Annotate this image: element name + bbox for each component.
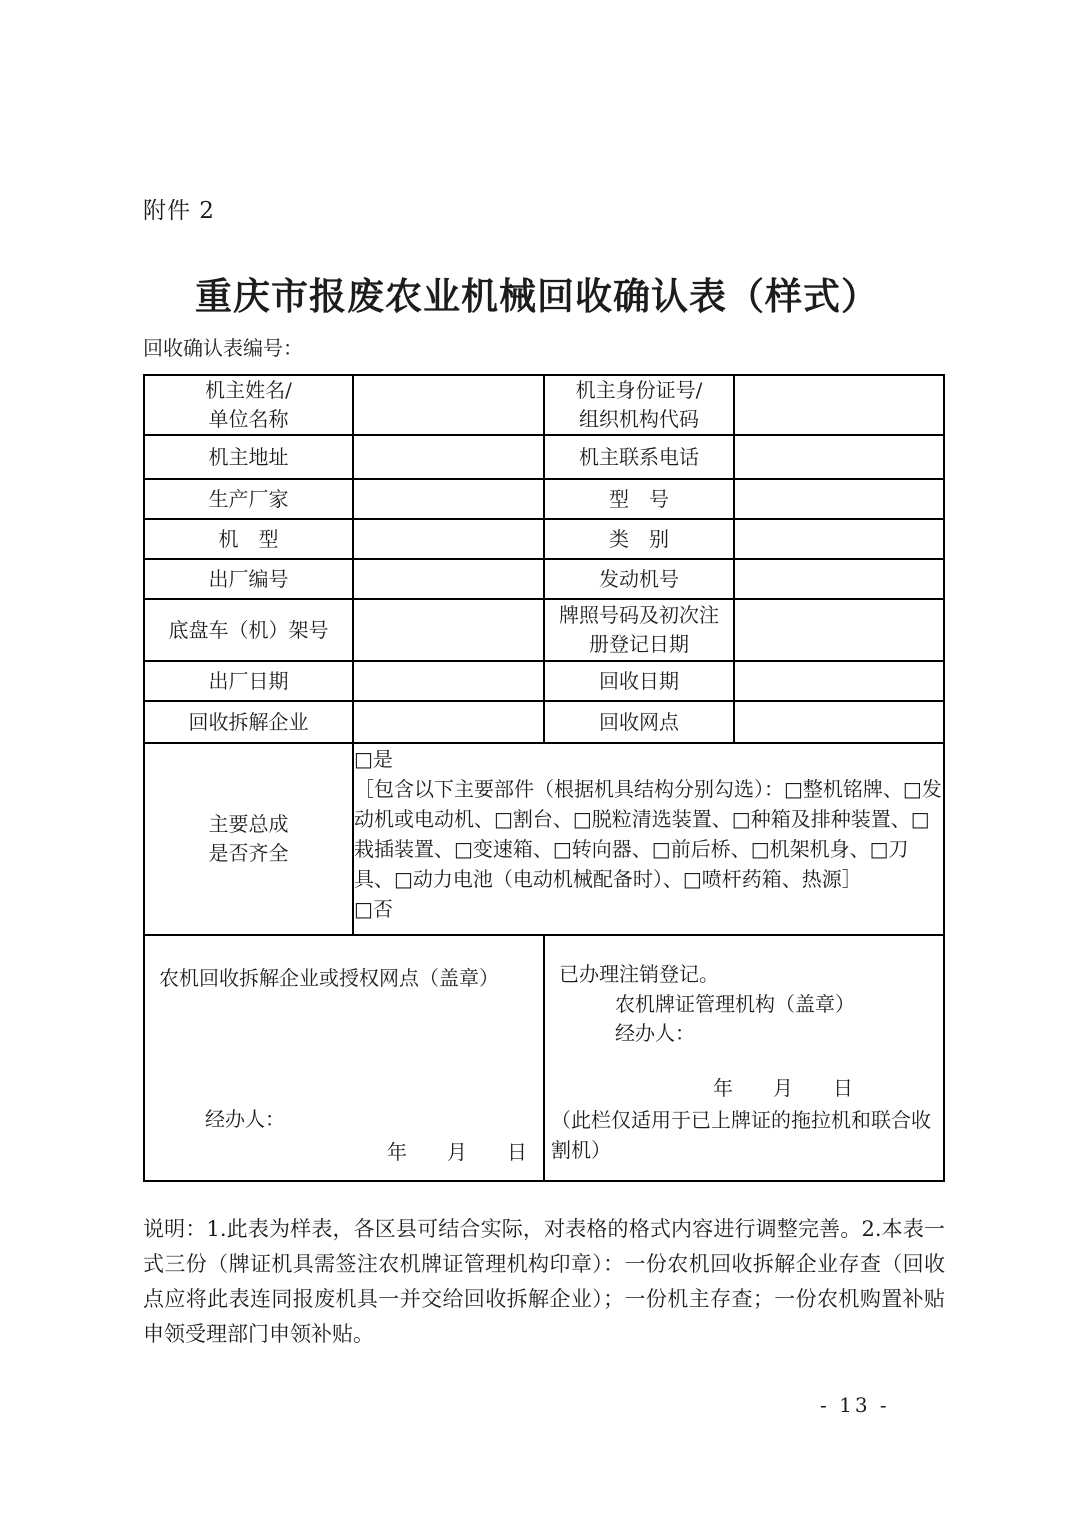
field-value-owner-name bbox=[353, 375, 544, 435]
field-value-manufacturer bbox=[353, 479, 544, 519]
field-value-chassis-number bbox=[353, 599, 544, 661]
page-title: 重庆市报废农业机械回收确认表（样式） bbox=[0, 266, 1074, 320]
checkbox-option-no: □否 bbox=[354, 894, 943, 924]
confirmation-table: 机主姓名/ 单位名称 机主身份证号/ 组织机构代码 机主地址 机主联系电话 生产… bbox=[143, 374, 945, 1182]
page-number: - 13 - bbox=[820, 1393, 890, 1417]
field-value-machine-type bbox=[353, 519, 544, 559]
authority-handler-label: 经办人： bbox=[615, 1019, 943, 1048]
table-row-signatures: 农机回收拆解企业或授权网点（盖章） 经办人： 年 月 日 已办理注销登记。 农机… bbox=[144, 935, 944, 1181]
field-value-recycle-site bbox=[734, 701, 944, 743]
authority-applicability-note: （此栏仅适用于已上牌证的拖拉机和联合收割机） bbox=[551, 1105, 931, 1165]
field-value-category bbox=[734, 519, 944, 559]
authority-date-line: 年 月 日 bbox=[713, 1074, 943, 1103]
dismantler-date-line: 年 月 日 bbox=[145, 1136, 527, 1165]
signature-cell-dismantler: 农机回收拆解企业或授权网点（盖章） 经办人： 年 月 日 bbox=[144, 935, 544, 1181]
table-row-chassis-number: 底盘车（机）架号 牌照号码及初次注 册登记日期 bbox=[144, 599, 944, 661]
field-label-recycle-site: 回收网点 bbox=[544, 701, 734, 743]
field-label-owner-name: 机主姓名/ 单位名称 bbox=[144, 375, 353, 435]
field-value-owner-id bbox=[734, 375, 944, 435]
table-row-owner-address: 机主地址 机主联系电话 bbox=[144, 435, 944, 479]
field-value-recycle-date bbox=[734, 661, 944, 701]
field-label-machine-type: 机 型 bbox=[144, 519, 353, 559]
field-label-owner-phone: 机主联系电话 bbox=[544, 435, 734, 479]
field-label-recycle-date: 回收日期 bbox=[544, 661, 734, 701]
table-row-assembly-complete: 主要总成 是否齐全 □是 ［包含以下主要部件（根据机具结构分别勾选）：□整机铭牌… bbox=[144, 743, 944, 935]
table-row-dismantling-company: 回收拆解企业 回收网点 bbox=[144, 701, 944, 743]
field-label-engine-number: 发动机号 bbox=[544, 559, 734, 599]
table-row-machine-type: 机 型 类 别 bbox=[144, 519, 944, 559]
table-row-factory-number: 出厂编号 发动机号 bbox=[144, 559, 944, 599]
dismantler-stamp-label: 农机回收拆解企业或授权网点（盖章） bbox=[159, 962, 533, 991]
assembly-options-cell: □是 ［包含以下主要部件（根据机具结构分别勾选）：□整机铭牌、□发动机或电动机、… bbox=[353, 743, 944, 935]
field-label-assembly-complete: 主要总成 是否齐全 bbox=[144, 743, 353, 935]
form-number-label: 回收确认表编号： bbox=[143, 332, 303, 361]
table-row-factory-date: 出厂日期 回收日期 bbox=[144, 661, 944, 701]
field-label-category: 类 别 bbox=[544, 519, 734, 559]
field-label-manufacturer: 生产厂家 bbox=[144, 479, 353, 519]
field-value-factory-date bbox=[353, 661, 544, 701]
field-label-owner-address: 机主地址 bbox=[144, 435, 353, 479]
field-label-factory-date: 出厂日期 bbox=[144, 661, 353, 701]
signature-cell-license-authority: 已办理注销登记。 农机牌证管理机构（盖章） 经办人： 年 月 日 （此栏仅适用于… bbox=[544, 935, 944, 1181]
checkbox-option-yes: □是 bbox=[354, 744, 943, 774]
table-row-owner-name: 机主姓名/ 单位名称 机主身份证号/ 组织机构代码 bbox=[144, 375, 944, 435]
field-label-chassis-number: 底盘车（机）架号 bbox=[144, 599, 353, 661]
assembly-parts-checklist: ［包含以下主要部件（根据机具结构分别勾选）：□整机铭牌、□发动机或电动机、□割台… bbox=[354, 774, 943, 894]
attachment-label: 附件 2 bbox=[143, 192, 215, 225]
dismantler-handler-label: 经办人： bbox=[205, 1103, 543, 1132]
field-value-engine-number bbox=[734, 559, 944, 599]
field-value-plate-number bbox=[734, 599, 944, 661]
field-value-owner-phone bbox=[734, 435, 944, 479]
table-row-manufacturer: 生产厂家 型 号 bbox=[144, 479, 944, 519]
field-label-plate-number: 牌照号码及初次注 册登记日期 bbox=[544, 599, 734, 661]
field-value-model bbox=[734, 479, 944, 519]
field-label-factory-number: 出厂编号 bbox=[144, 559, 353, 599]
field-value-owner-address bbox=[353, 435, 544, 479]
field-label-dismantling-company: 回收拆解企业 bbox=[144, 701, 353, 743]
field-label-owner-id: 机主身份证号/ 组织机构代码 bbox=[544, 375, 734, 435]
field-value-dismantling-company bbox=[353, 701, 544, 743]
deregistration-status: 已办理注销登记。 bbox=[559, 960, 933, 989]
field-value-factory-number bbox=[353, 559, 544, 599]
document-page: 附件 2 重庆市报废农业机械回收确认表（样式） 回收确认表编号： 机主姓名/ 单… bbox=[0, 0, 1074, 1520]
form-instructions: 说明：1.此表为样表，各区县可结合实际，对表格的格式内容进行调整完善。2.本表一… bbox=[143, 1212, 945, 1352]
field-label-model: 型 号 bbox=[544, 479, 734, 519]
authority-stamp-label: 农机牌证管理机构（盖章） bbox=[615, 990, 943, 1019]
